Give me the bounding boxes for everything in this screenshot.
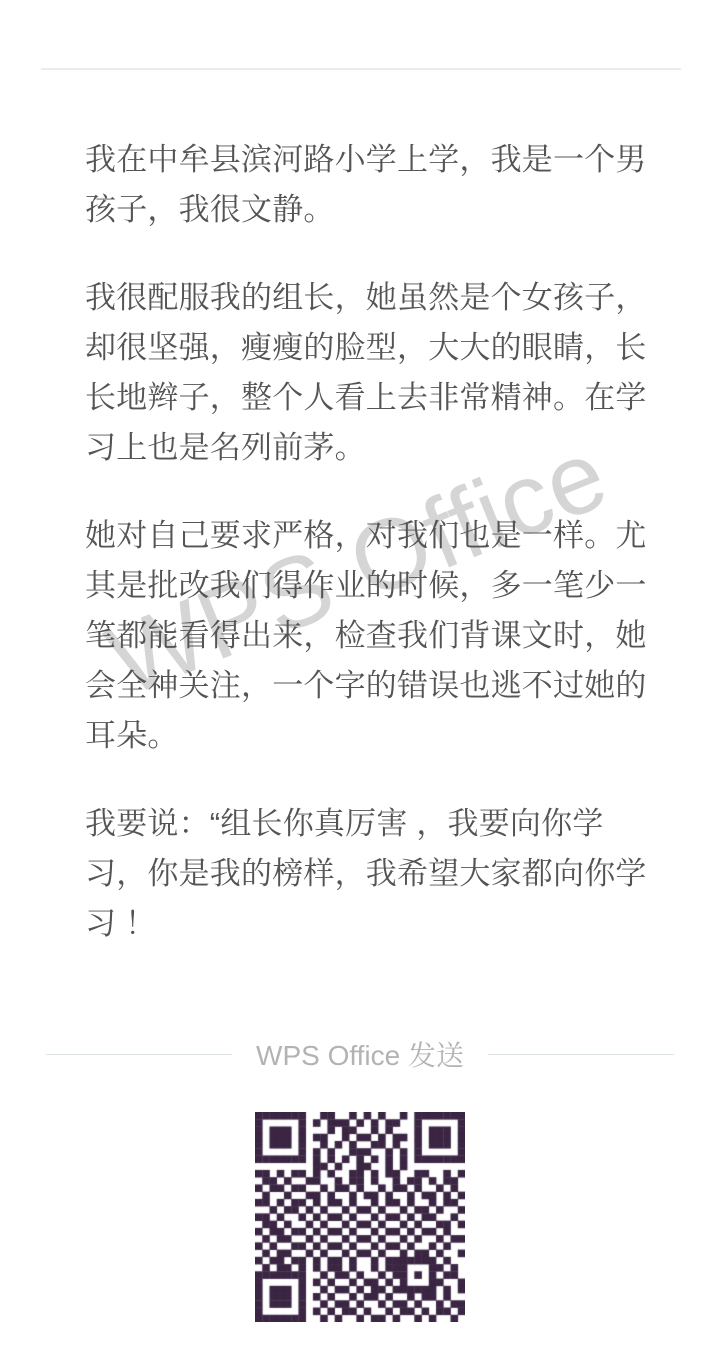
- text-line: 长地辫子，整个人看上去非常精神。在学: [85, 373, 635, 423]
- text-line: 会全神关注，一个字的错误也逃不过她的: [85, 661, 635, 711]
- share-page: WPS Office 我在中牟县滨河路小学上学，我是一个男 孩子，我很文静。 我…: [0, 0, 720, 1365]
- footer-sent-label: WPS Office 发送: [256, 1034, 464, 1074]
- qr-code-canvas: [255, 1112, 465, 1322]
- text-line: 习上也是名列前茅。: [85, 423, 635, 473]
- paragraph-3: 她对自己要求严格，对我们也是一样。尤 其是批改我们得作业的时候，多一笔少一 笔都…: [85, 511, 635, 761]
- qr-code: [255, 1112, 465, 1322]
- footer: WPS Office 发送: [0, 1034, 720, 1074]
- text-line: 其是批改我们得作业的时候，多一笔少一: [85, 561, 635, 611]
- text-line: 习 ！: [85, 899, 635, 949]
- paragraph-1: 我在中牟县滨河路小学上学，我是一个男 孩子，我很文静。: [85, 135, 635, 235]
- text-line: 我要说：“组长你真厉害 ，我要向你学: [85, 799, 635, 849]
- text-line: 她对自己要求严格，对我们也是一样。尤: [85, 511, 635, 561]
- text-line: 笔都能看得出来，检查我们背课文时，她: [85, 611, 635, 661]
- paragraph-2: 我很配服我的组长，她虽然是个女孩子， 却很坚强，瘦瘦的脸型，大大的眼睛，长 长地…: [85, 273, 635, 473]
- text-line: 却很坚强，瘦瘦的脸型，大大的眼睛，长: [85, 323, 635, 373]
- paragraph-4: 我要说：“组长你真厉害 ，我要向你学 习，你是我的榜样，我希望大家都向你学 习 …: [85, 799, 635, 949]
- text-line: 我在中牟县滨河路小学上学，我是一个男: [85, 135, 635, 185]
- text-line: 习，你是我的榜样，我希望大家都向你学: [85, 849, 635, 899]
- footer-divider-right: [488, 1054, 674, 1055]
- footer-divider-left: [46, 1054, 232, 1055]
- text-line: 耳朵。: [85, 711, 635, 761]
- essay-content: 我在中牟县滨河路小学上学，我是一个男 孩子，我很文静。 我很配服我的组长，她虽然…: [85, 135, 635, 949]
- top-divider: [41, 68, 681, 70]
- text-line: 我很配服我的组长，她虽然是个女孩子，: [85, 273, 635, 323]
- text-line: 孩子，我很文静。: [85, 185, 635, 235]
